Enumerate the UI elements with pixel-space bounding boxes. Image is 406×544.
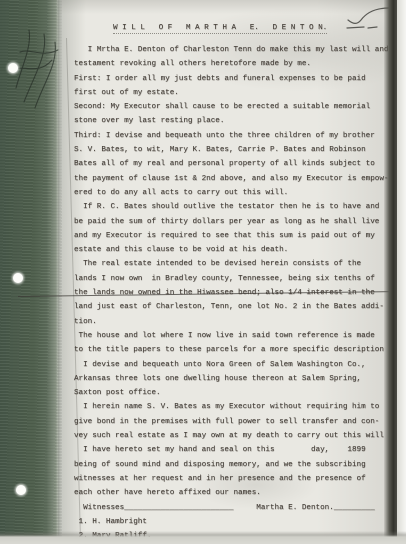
document-body: I Mrtha E. Denton of Charleston Tenn do … (74, 43, 400, 543)
document-line: each other have hereto affixed our names… (74, 486, 400, 500)
document-line: first out of my estate. (74, 86, 400, 100)
document-line: vey such real estate as I may own at my … (74, 429, 400, 443)
document-line: Bates all of my real and personal proper… (74, 157, 400, 171)
document-line: tion. (74, 315, 400, 329)
document-line: being of sound mind and disposing memory… (74, 458, 400, 472)
document-line: Second: My Executor shall cause to be er… (74, 100, 400, 114)
document-line: The house and lot where I now live in sa… (74, 329, 400, 343)
document-line: First: I order all my just debts and fun… (74, 72, 400, 86)
document-line: If R. C. Bates should outlive the testat… (74, 200, 400, 214)
document-title: W I L L O F M A R T H A E. D E N T O N. (113, 24, 327, 34)
document-line: be paid the sum of thirty dollars per ye… (74, 215, 400, 229)
document-line: ered to do any all acts to carry out thi… (74, 186, 400, 200)
document-line: lands I now own in Bradley county, Tenne… (74, 272, 400, 286)
document-line: Third: I devise and bequeath unto the th… (74, 129, 400, 143)
binder-hole (16, 485, 26, 495)
book-binding-edge (0, 0, 62, 538)
document-line: the payment of clause 1st & 2nd above, a… (74, 172, 400, 186)
document-line: I devise and bequeath unto Nora Green of… (74, 358, 400, 372)
page-bottom-edge (0, 531, 406, 544)
document-line: 1. H. Hambright (74, 515, 400, 529)
document-line: stone over my last resting place. (74, 114, 400, 128)
document-line: Witnesses________________________ Martha… (74, 501, 400, 515)
document-line: to the title papers to these parcels for… (74, 343, 400, 357)
document-line: Arkansas three lots one dwelling house t… (74, 372, 400, 386)
binder-hole (8, 63, 18, 73)
document-line: Saxton post office. (74, 386, 400, 400)
document-line: I have hereto set my hand and seal on th… (74, 443, 400, 457)
document-line: and my Executor is required to see that … (74, 229, 400, 243)
page-right-edge (384, 0, 397, 538)
scanned-will-page: W I L L O F M A R T H A E. D E N T O N. … (0, 0, 406, 544)
document-line: I Mrtha E. Denton of Charleston Tenn do … (74, 43, 400, 57)
document-line: I herein name S. V. Bates as my Executor… (74, 400, 400, 414)
document-line: give bond in the premises with full powe… (74, 415, 400, 429)
binder-hole (13, 273, 23, 283)
page-right-margin (397, 0, 406, 544)
document-line: the lands now owned in the Hiwassee bend… (74, 286, 400, 300)
document-line: land just east of Charleston, Tenn, one … (74, 300, 400, 314)
document-line: estate and this clause to be void at his… (74, 243, 400, 257)
document-line: testament revoking all others heretofore… (74, 57, 400, 71)
document-line: S. V. Bates, to wit, Mary K. Bates, Carr… (74, 143, 400, 157)
document-line: The real estate intended to be devised h… (74, 257, 400, 271)
document-line: witnesses at her request and in her pres… (74, 472, 400, 486)
